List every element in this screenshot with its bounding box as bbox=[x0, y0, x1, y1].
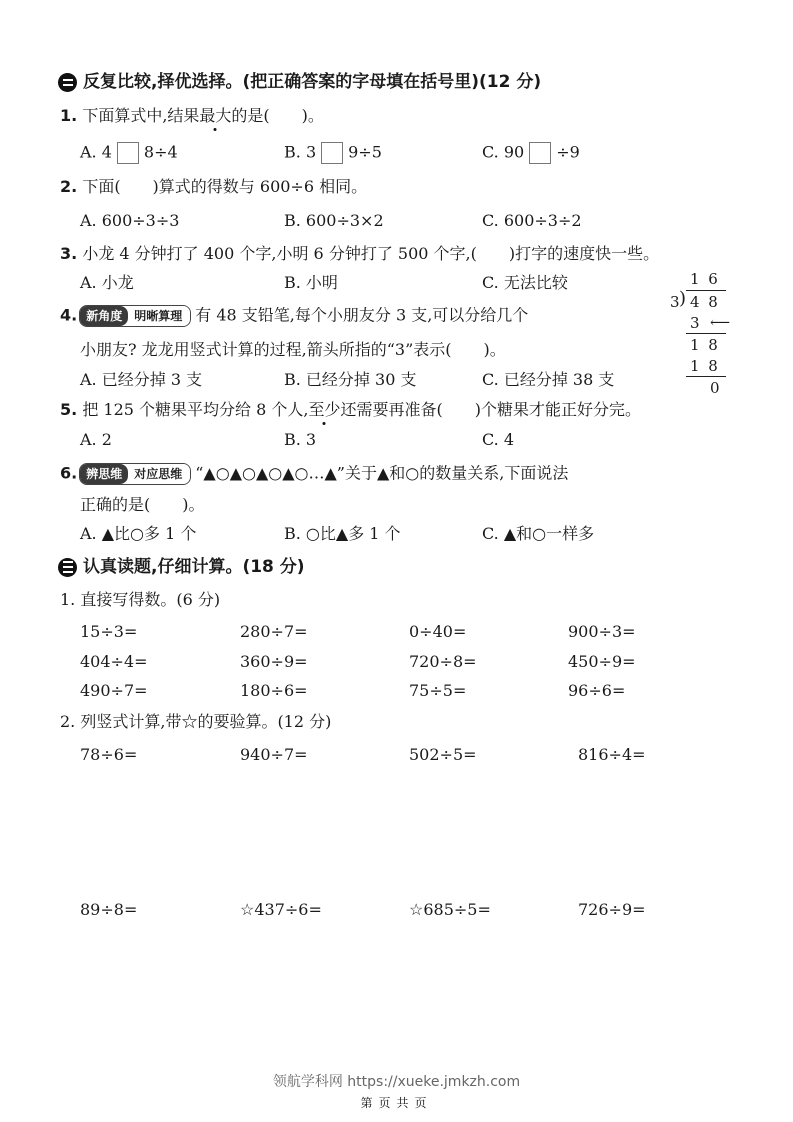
question-number: 4. bbox=[60, 306, 77, 325]
question-number: 3. bbox=[60, 244, 77, 263]
question-text: 有 48 支铅笔,每个小朋友分 3 支,可以分给几个 bbox=[195, 306, 528, 325]
option-value: 3 bbox=[306, 143, 316, 162]
subtraction-line bbox=[686, 333, 726, 334]
question-3: 3. 小龙 4 分钟打了 400 个字,小明 6 分钟打了 500 个字,( )… bbox=[60, 244, 659, 264]
question-text: 小龙 4 分钟打了 400 个字,小明 6 分钟打了 500 个字,( )打字的… bbox=[82, 244, 659, 263]
question-number: 6. bbox=[60, 464, 77, 483]
section-2-header: 反复比较,择优选择。(把正确答案的字母填在括号里)(12 分) bbox=[58, 71, 541, 93]
calc-item: 502÷5= bbox=[409, 745, 477, 765]
remainder1: 1 8 bbox=[690, 336, 720, 354]
calc-item: 96÷6= bbox=[568, 681, 625, 701]
option-a: A. 小龙 bbox=[80, 273, 134, 293]
calc-item: 940÷7= bbox=[240, 745, 308, 765]
option-c: C. 600÷3÷2 bbox=[482, 211, 582, 231]
option-label: B. bbox=[284, 143, 301, 162]
option-c: C. ▲和○一样多 bbox=[482, 524, 594, 544]
calc-item: 450÷9= bbox=[568, 652, 636, 672]
final-remainder: 0 bbox=[710, 379, 720, 397]
option-a: A. 2 bbox=[80, 430, 112, 450]
step1: 3 bbox=[690, 314, 700, 332]
option-value: 90 bbox=[504, 143, 524, 162]
question-6: 6.辨思维对应思维“▲○▲○▲○▲○…▲”关于▲和○的数量关系,下面说法 bbox=[60, 463, 568, 485]
option-value: 8÷4 bbox=[144, 143, 178, 162]
question-4: 4.新角度明晰算理有 48 支铅笔,每个小朋友分 3 支,可以分给几个 bbox=[60, 305, 528, 327]
option-a: A. 已经分掉 3 支 bbox=[80, 370, 202, 390]
calc-item: 816÷4= bbox=[578, 745, 646, 765]
dividend: 4 8 bbox=[690, 293, 720, 311]
calc-item: 15÷3= bbox=[80, 622, 137, 642]
section-number-2-icon bbox=[58, 73, 77, 92]
question-number: 1. bbox=[60, 106, 77, 125]
part-1-title: 1. 直接写得数。(6 分) bbox=[60, 590, 220, 610]
option-a: A. 48÷4 bbox=[80, 142, 178, 164]
badge-topic: 明晰算理 bbox=[128, 306, 190, 326]
subtraction-line bbox=[686, 376, 726, 377]
question-2: 2. 下面( )算式的得数与 600÷6 相同。 bbox=[60, 177, 367, 197]
option-c: C. 已经分掉 38 支 bbox=[482, 370, 614, 390]
calc-item: 900÷3= bbox=[568, 622, 636, 642]
question-5: 5. 把 125 个糖果平均分给 8 个人,至少还需要再准备( )个糖果才能正好… bbox=[60, 400, 641, 420]
calc-item: 360÷9= bbox=[240, 652, 308, 672]
option-value: ÷9 bbox=[556, 143, 580, 162]
option-label: C. bbox=[482, 143, 499, 162]
option-b: B. ○比▲多 1 个 bbox=[284, 524, 401, 544]
question-text: 下面( )算式的得数与 600÷6 相同。 bbox=[82, 177, 367, 196]
division-bar bbox=[686, 290, 726, 291]
badge-category: 辨思维 bbox=[80, 464, 128, 484]
calc-item: 404÷4= bbox=[80, 652, 148, 672]
section-3-title: 认真读题,仔细计算。(18 分) bbox=[83, 556, 305, 578]
question-text: “▲○▲○▲○▲○…▲”关于▲和○的数量关系,下面说法 bbox=[195, 464, 568, 483]
emphasis-dotted-text: 最大 bbox=[199, 106, 231, 125]
quotient: 1 6 bbox=[690, 270, 720, 288]
option-a: A. 600÷3÷3 bbox=[80, 211, 179, 231]
answer-blank-box[interactable] bbox=[117, 142, 139, 164]
section-2-title: 反复比较,择优选择。(把正确答案的字母填在括号里)(12 分) bbox=[83, 71, 541, 93]
question-4-line2: 小朋友? 龙龙用竖式计算的过程,箭头所指的“3”表示( )。 bbox=[80, 340, 506, 360]
option-c: C. 无法比较 bbox=[482, 273, 568, 293]
tag-badge: 辨思维对应思维 bbox=[79, 463, 191, 485]
option-c: C. 4 bbox=[482, 430, 514, 450]
section-3-header: 认真读题,仔细计算。(18 分) bbox=[58, 556, 305, 578]
option-b: B. 39÷5 bbox=[284, 142, 382, 164]
question-number: 5. bbox=[60, 400, 77, 419]
question-1: 1. 下面算式中,结果最大的是( )。 bbox=[60, 106, 324, 126]
section-number-3-icon bbox=[58, 558, 77, 577]
arrow-left-icon: ⟵ bbox=[710, 314, 730, 332]
answer-blank-box[interactable] bbox=[321, 142, 343, 164]
calc-item: 490÷7= bbox=[80, 681, 148, 701]
answer-blank-box[interactable] bbox=[529, 142, 551, 164]
footer-source: 领航学科网 https://xueke.jmkzh.com bbox=[0, 1071, 793, 1091]
question-6-line2: 正确的是( )。 bbox=[80, 495, 205, 515]
tag-badge: 新角度明晰算理 bbox=[79, 305, 191, 327]
calc-item: 726÷9= bbox=[578, 900, 646, 920]
division-bracket: ) bbox=[679, 289, 686, 309]
step2: 1 8 bbox=[690, 357, 720, 375]
question-text: 的是( )。 bbox=[231, 106, 324, 125]
calc-item: 78÷6= bbox=[80, 745, 137, 765]
option-b: B. 已经分掉 30 支 bbox=[284, 370, 416, 390]
option-b: B. 600÷3×2 bbox=[284, 211, 384, 231]
calc-item: 180÷6= bbox=[240, 681, 308, 701]
question-text: 下面算式中,结果 bbox=[82, 106, 199, 125]
option-label: A. bbox=[80, 143, 97, 162]
calc-item: ☆685÷5= bbox=[409, 900, 491, 920]
calc-item: ☆437÷6= bbox=[240, 900, 322, 920]
badge-category: 新角度 bbox=[80, 306, 128, 326]
calc-item: 89÷8= bbox=[80, 900, 137, 920]
calc-item: 720÷8= bbox=[409, 652, 477, 672]
emphasis-dotted-text: 至少 bbox=[308, 400, 340, 419]
calc-item: 0÷40= bbox=[409, 622, 466, 642]
badge-topic: 对应思维 bbox=[128, 464, 190, 484]
footer-page-number: 第页共页 bbox=[0, 1094, 793, 1111]
question-text: 还需要再准备( )个糖果才能正好分完。 bbox=[340, 400, 641, 419]
option-value: 4 bbox=[102, 143, 112, 162]
question-text: 把 125 个糖果平均分给 8 个人, bbox=[82, 400, 308, 419]
calc-item: 75÷5= bbox=[409, 681, 466, 701]
part-2-title: 2. 列竖式计算,带☆的要验算。(12 分) bbox=[60, 712, 331, 732]
option-value: 9÷5 bbox=[348, 143, 382, 162]
option-b: B. 小明 bbox=[284, 273, 338, 293]
calc-item: 280÷7= bbox=[240, 622, 308, 642]
option-a: A. ▲比○多 1 个 bbox=[80, 524, 196, 544]
option-c: C. 90÷9 bbox=[482, 142, 580, 164]
option-b: B. 3 bbox=[284, 430, 316, 450]
question-number: 2. bbox=[60, 177, 77, 196]
